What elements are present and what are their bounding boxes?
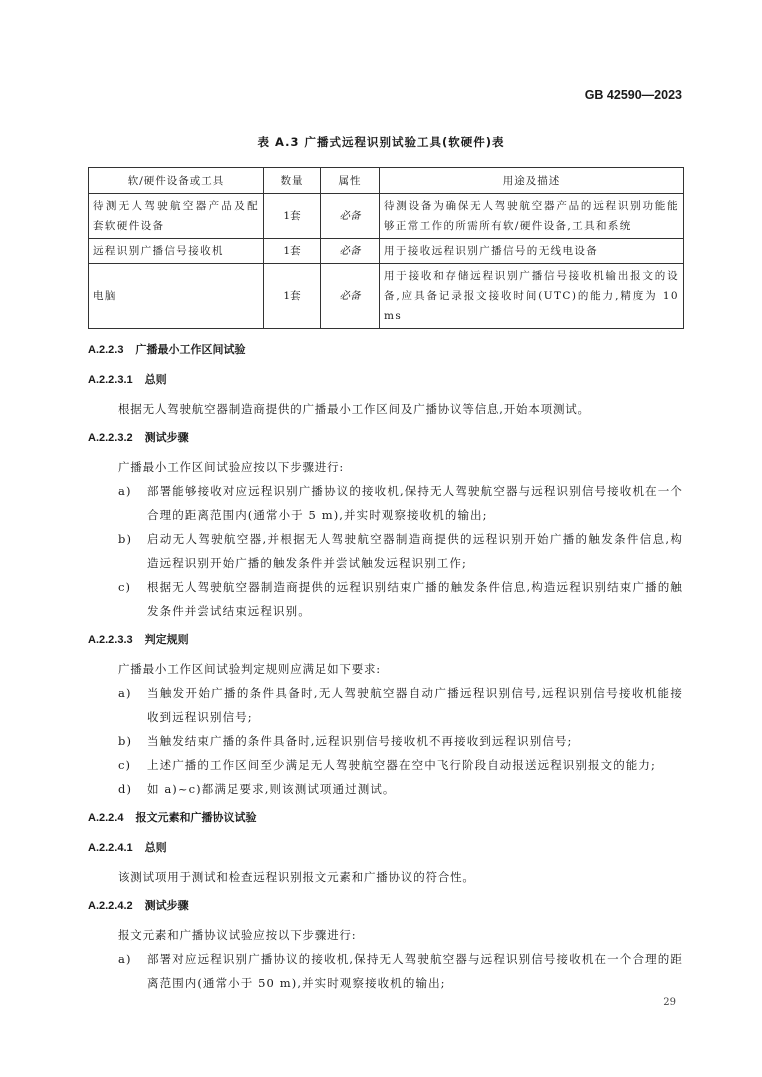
cell-quantity: 1套 [264,194,321,239]
page-number: 29 [0,997,676,1008]
cell-tool: 电脑 [89,264,264,329]
list-item: a)当触发开始广播的条件具备时,无人驾驶航空器自动广播远程识别信号,远程识别信号… [88,681,683,729]
table-row: 电脑 1套 必备 用于接收和存储远程识别广播信号接收机输出报文的设备,应具备记录… [89,264,684,329]
paragraph: 广播最小工作区间试验应按以下步骤进行: [88,455,683,479]
document-body: A.2.2.3广播最小工作区间试验 A.2.2.3.1总则 根据无人驾驶航空器制… [88,340,683,995]
list-text: 部署能够接收对应远程识别广播协议的接收机,保持无人驾驶航空器与远程识别信号接收机… [147,484,683,522]
section-number: A.2.2.4 [88,808,123,828]
section-title: 判定规则 [145,633,189,646]
table-row: 待测无人驾驶航空器产品及配套软硬件设备 1套 必备 待测设备为确保无人驾驶航空器… [89,194,684,239]
paragraph: 根据无人驾驶航空器制造商提供的广播最小工作区间及广播协议等信息,开始本项测试。 [88,397,683,421]
cell-tool: 远程识别广播信号接收机 [89,239,264,264]
list-label: b) [118,729,132,753]
list-label: b) [118,527,132,551]
column-header-description: 用途及描述 [380,168,684,194]
list-label: a) [118,681,132,705]
section-heading: A.2.2.4报文元素和广播协议试验 [88,808,683,828]
section-number: A.2.2.4.2 [88,896,133,916]
paragraph: 该测试项用于测试和检查远程识别报文元素和广播协议的符合性。 [88,865,683,889]
list-label: a) [118,479,132,503]
column-header-tool: 软/硬件设备或工具 [89,168,264,194]
section-title: 广播最小工作区间试验 [135,343,245,356]
list-text: 根据无人驾驶航空器制造商提供的远程识别结束广播的触发条件信息,构造远程识别结束广… [147,580,683,618]
cell-quantity: 1套 [264,239,321,264]
cell-attribute: 必备 [321,239,380,264]
list-item: b)启动无人驾驶航空器,并根据无人驾驶航空器制造商提供的远程识别开始广播的触发条… [88,527,683,575]
list-label: c) [118,753,131,777]
list-item: a)部署对应远程识别广播协议的接收机,保持无人驾驶航空器与远程识别信号接收机在一… [88,947,683,995]
cell-description: 待测设备为确保无人驾驶航空器产品的远程识别功能能够正常工作的所需所有软/硬件设备… [380,194,684,239]
cell-attribute: 必备 [321,194,380,239]
cell-quantity: 1套 [264,264,321,329]
list-item: d)如 a)~c)都满足要求,则该测试项通过测试。 [88,777,683,801]
tools-table: 软/硬件设备或工具 数量 属性 用途及描述 待测无人驾驶航空器产品及配套软硬件设… [88,167,684,329]
section-number: A.2.2.3.3 [88,630,133,650]
cell-attribute: 必备 [321,264,380,329]
table-caption: 表 A.3 广播式远程识别试验工具(软硬件)表 [0,134,762,150]
list-label: d) [118,777,132,801]
section-title: 报文元素和广播协议试验 [135,811,256,824]
table-header-row: 软/硬件设备或工具 数量 属性 用途及描述 [89,168,684,194]
list-label: c) [118,575,131,599]
list-item: c)上述广播的工作区间至少满足无人驾驶航空器在空中飞行阶段自动报送远程识别报文的… [88,753,683,777]
column-header-quantity: 数量 [264,168,321,194]
section-title: 总则 [145,841,167,854]
section-number: A.2.2.3.1 [88,370,133,390]
list-text: 上述广播的工作区间至少满足无人驾驶航空器在空中飞行阶段自动报送远程识别报文的能力… [147,758,656,772]
list-text: 当触发结束广播的条件具备时,远程识别信号接收机不再接收到远程识别信号; [147,734,573,748]
list-item: a)部署能够接收对应远程识别广播协议的接收机,保持无人驾驶航空器与远程识别信号接… [88,479,683,527]
list-text: 启动无人驾驶航空器,并根据无人驾驶航空器制造商提供的远程识别开始广播的触发条件信… [147,532,683,570]
section-title: 测试步骤 [145,899,189,912]
subsection-heading: A.2.2.3.3判定规则 [88,630,683,650]
subsection-heading: A.2.2.3.2测试步骤 [88,428,683,448]
section-title: 总则 [145,373,167,386]
paragraph: 广播最小工作区间试验判定规则应满足如下要求: [88,657,683,681]
section-number: A.2.2.4.1 [88,838,133,858]
paragraph: 报文元素和广播协议试验应按以下步骤进行: [88,923,683,947]
subsection-heading: A.2.2.4.1总则 [88,838,683,858]
cell-tool: 待测无人驾驶航空器产品及配套软硬件设备 [89,194,264,239]
column-header-attribute: 属性 [321,168,380,194]
list-item: b)当触发结束广播的条件具备时,远程识别信号接收机不再接收到远程识别信号; [88,729,683,753]
section-number: A.2.2.3 [88,340,123,360]
subsection-heading: A.2.2.4.2测试步骤 [88,896,683,916]
list-label: a) [118,947,132,971]
standard-number: GB 42590—2023 [0,88,682,102]
list-text: 如 a)~c)都满足要求,则该测试项通过测试。 [147,782,396,796]
subsection-heading: A.2.2.3.1总则 [88,370,683,390]
section-heading: A.2.2.3广播最小工作区间试验 [88,340,683,360]
section-title: 测试步骤 [145,431,189,444]
section-number: A.2.2.3.2 [88,428,133,448]
list-text: 当触发开始广播的条件具备时,无人驾驶航空器自动广播远程识别信号,远程识别信号接收… [147,686,683,724]
list-item: c)根据无人驾驶航空器制造商提供的远程识别结束广播的触发条件信息,构造远程识别结… [88,575,683,623]
list-text: 部署对应远程识别广播协议的接收机,保持无人驾驶航空器与远程识别信号接收机在一个合… [147,952,683,990]
cell-description: 用于接收远程识别广播信号的无线电设备 [380,239,684,264]
table-row: 远程识别广播信号接收机 1套 必备 用于接收远程识别广播信号的无线电设备 [89,239,684,264]
cell-description: 用于接收和存储远程识别广播信号接收机输出报文的设备,应具备记录报文接收时间(UT… [380,264,684,329]
